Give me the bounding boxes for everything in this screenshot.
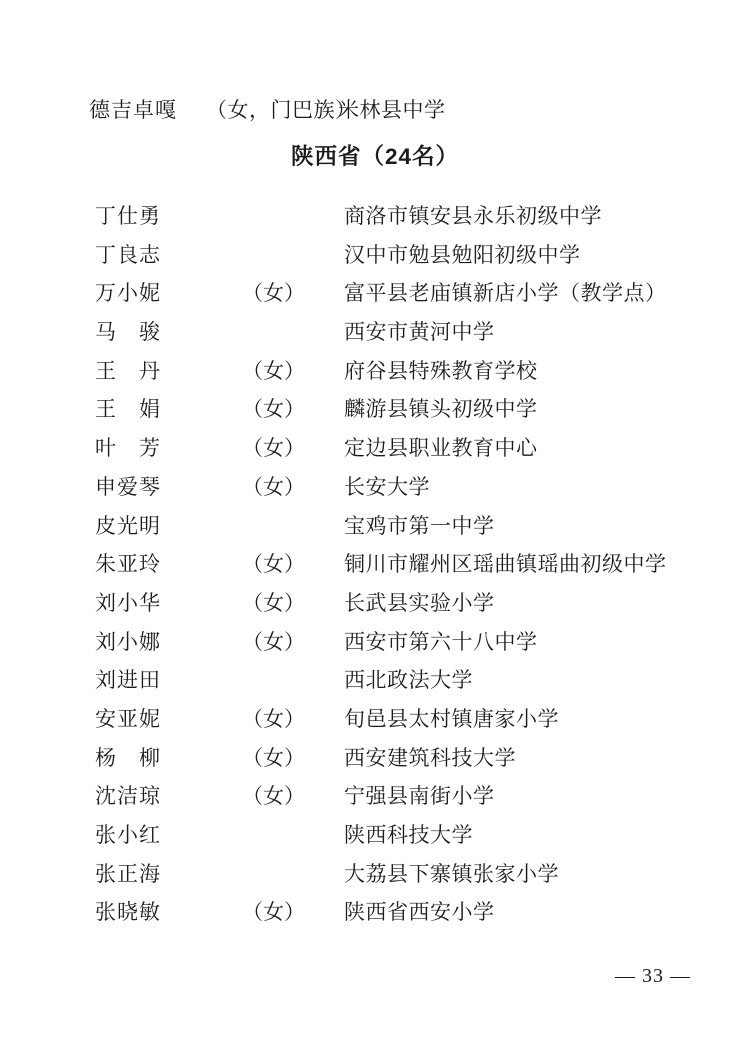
entry-gender: （女） <box>242 584 305 623</box>
entry-school: 麟游县镇头初级中学 <box>344 390 538 429</box>
entry-name: 王 娟 <box>95 390 161 429</box>
entry-row: 叶 芳 （女） 定边县职业教育中心 <box>0 429 750 468</box>
entry-school: 府谷县特殊教育学校 <box>344 352 538 391</box>
entry-row: 张小红 陕西科技大学 <box>0 816 750 855</box>
document-page: 德吉卓嘎 （女，门巴族） 米林县中学 陕西省（24名） 丁仕勇 商洛市镇安县永乐… <box>0 0 750 1060</box>
entry-row: 刘小华 （女） 长武县实验小学 <box>0 584 750 623</box>
entry-gender: （女） <box>242 429 305 468</box>
entry-school: 定边县职业教育中心 <box>344 429 538 468</box>
entry-name: 申爱琴 <box>95 468 161 507</box>
entry-gender: （女） <box>242 390 305 429</box>
entry-row: 马 骏 西安市黄河中学 <box>0 313 750 352</box>
entry-row: 张正海 大荔县下寨镇张家小学 <box>0 855 750 894</box>
entry-row: 皮光明 宝鸡市第一中学 <box>0 507 750 546</box>
entry-school: 长武县实验小学 <box>344 584 495 623</box>
entry-row: 杨 柳 （女） 西安建筑科技大学 <box>0 739 750 778</box>
entries-list: 丁仕勇 商洛市镇安县永乐初级中学 丁良志 汉中市勉县勉阳初级中学 万小妮 （女）… <box>0 197 750 932</box>
entry-name: 万小妮 <box>95 274 161 313</box>
entry-gender: （女） <box>242 468 305 507</box>
entry-school: 宝鸡市第一中学 <box>344 507 495 546</box>
entry-name: 丁良志 <box>95 236 161 275</box>
entry-name: 王 丹 <box>95 352 161 391</box>
entry-school: 西安建筑科技大学 <box>344 739 516 778</box>
entry-school: 汉中市勉县勉阳初级中学 <box>344 236 581 275</box>
carryover-entry-name: 德吉卓嘎 <box>89 96 177 124</box>
entry-gender: （女） <box>242 545 305 584</box>
entry-row: 刘小娜 （女） 西安市第六十八中学 <box>0 623 750 662</box>
entry-gender: （女） <box>242 623 305 662</box>
entry-school: 宁强县南街小学 <box>344 777 495 816</box>
entry-school: 陕西省西安小学 <box>344 893 495 932</box>
entry-name: 叶 芳 <box>95 429 161 468</box>
page-number: — 33 — <box>608 963 698 989</box>
entry-school: 旬邑县太村镇唐家小学 <box>344 700 559 739</box>
entry-row: 刘进田 西北政法大学 <box>0 661 750 700</box>
entry-row: 丁仕勇 商洛市镇安县永乐初级中学 <box>0 197 750 236</box>
entry-gender: （女） <box>242 739 305 778</box>
entry-name: 张小红 <box>95 816 161 855</box>
entry-school: 大荔县下寨镇张家小学 <box>344 855 559 894</box>
carryover-entry-note: （女，门巴族） <box>206 96 357 124</box>
entry-name: 马 骏 <box>95 313 161 352</box>
entry-gender: （女） <box>242 700 305 739</box>
entry-name: 沈洁琼 <box>95 777 161 816</box>
entry-row: 万小妮 （女） 富平县老庙镇新店小学（教学点） <box>0 274 750 313</box>
entry-row: 申爱琴 （女） 长安大学 <box>0 468 750 507</box>
entry-gender: （女） <box>242 893 305 932</box>
entry-name: 刘小华 <box>95 584 161 623</box>
entry-name: 朱亚玲 <box>95 545 161 584</box>
entry-row: 张晓敏 （女） 陕西省西安小学 <box>0 893 750 932</box>
section-title: 陕西省（24名） <box>0 142 750 172</box>
entry-school: 铜川市耀州区瑶曲镇瑶曲初级中学 <box>344 545 667 584</box>
entry-school: 西北政法大学 <box>344 661 473 700</box>
carryover-entry-school: 米林县中学 <box>338 96 446 124</box>
entry-row: 沈洁琼 （女） 宁强县南街小学 <box>0 777 750 816</box>
entry-school: 陕西科技大学 <box>344 816 473 855</box>
entry-name: 丁仕勇 <box>95 197 161 236</box>
entry-gender: （女） <box>242 777 305 816</box>
entry-row: 朱亚玲 （女） 铜川市耀州区瑶曲镇瑶曲初级中学 <box>0 545 750 584</box>
entry-row: 王 娟 （女） 麟游县镇头初级中学 <box>0 390 750 429</box>
carryover-entry: 德吉卓嘎 （女，门巴族） 米林县中学 <box>0 96 750 124</box>
entry-gender: （女） <box>242 274 305 313</box>
entry-row: 王 丹 （女） 府谷县特殊教育学校 <box>0 352 750 391</box>
entry-school: 商洛市镇安县永乐初级中学 <box>344 197 602 236</box>
entry-row: 安亚妮 （女） 旬邑县太村镇唐家小学 <box>0 700 750 739</box>
entry-gender: （女） <box>242 352 305 391</box>
entry-school: 富平县老庙镇新店小学（教学点） <box>344 274 667 313</box>
entry-name: 刘小娜 <box>95 623 161 662</box>
entry-school: 西安市黄河中学 <box>344 313 495 352</box>
entry-school: 西安市第六十八中学 <box>344 623 538 662</box>
entry-name: 张正海 <box>95 855 161 894</box>
entry-name: 安亚妮 <box>95 700 161 739</box>
entry-name: 杨 柳 <box>95 739 161 778</box>
entry-school: 长安大学 <box>344 468 430 507</box>
entry-name: 皮光明 <box>95 507 161 546</box>
entry-name: 刘进田 <box>95 661 161 700</box>
entry-row: 丁良志 汉中市勉县勉阳初级中学 <box>0 236 750 275</box>
entry-name: 张晓敏 <box>95 893 161 932</box>
